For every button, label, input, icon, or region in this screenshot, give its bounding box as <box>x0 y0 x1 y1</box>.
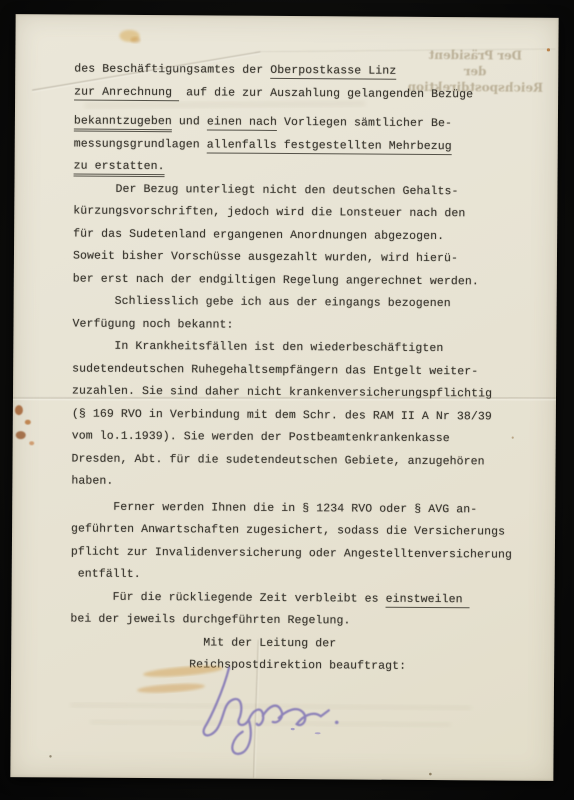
text-line: für das Sudetenland ergangenen Anordnung… <box>73 223 543 249</box>
text-line: messungsgrundlagen allenfalls festgestel… <box>74 133 544 159</box>
text-line: vom lo.1.1939). Sie werden der Postbeamt… <box>72 426 542 452</box>
underlined-text: allenfalls festgestellten Mehrbezug <box>207 138 452 155</box>
ink-speck <box>291 728 321 734</box>
text-segment: Dresden, Abt. für die sudetendeutschen G… <box>72 452 485 468</box>
signature-scrawl <box>203 667 338 754</box>
underlined-text: zur Anrechnung <box>74 85 179 101</box>
photo-background: Der Präsident der Reichspostdirektion de… <box>0 0 574 800</box>
text-line: ber erst nach der endgiltigen Regelung a… <box>73 268 543 294</box>
text-segment: Schliesslich gebe ich aus der eingangs b… <box>73 295 451 311</box>
text-segment: auf die zur Auszahlung gelangenden Bezüg… <box>179 86 473 101</box>
stain-rust <box>15 405 35 445</box>
text-segment: Vorliegen sämtlicher Be- <box>277 116 452 130</box>
stain-yellow <box>119 30 140 43</box>
text-line: Reichspostdirektion beauftragt: <box>70 654 540 680</box>
text-segment: und <box>172 115 207 128</box>
text-segment: sudetendeutschen Ruhegehaltsempfängern d… <box>72 362 478 378</box>
text-segment: In Krankheitsfällen ist den wiederbeschä… <box>72 340 443 356</box>
text-line: bekanntzugeben und einen nach Vorliegen … <box>74 111 544 137</box>
text-segment: Verfügung noch bekannt: <box>72 317 233 331</box>
document-paper: Der Präsident der Reichspostdirektion de… <box>10 14 558 781</box>
text-segment: haben. <box>71 475 113 488</box>
text-line: haben. <box>71 471 541 497</box>
text-line: entfällt. <box>71 564 541 590</box>
text-line: bei der jeweils durchgeführten Regelung. <box>70 609 540 635</box>
text-line: zu erstatten. <box>74 156 544 182</box>
text-segment: messungsgrundlagen <box>74 137 207 151</box>
text-segment: kürzungsvorschriften, jedoch wird die Lo… <box>73 205 465 221</box>
text-segment: Der Bezug unterliegt nicht den deutschen… <box>73 182 458 198</box>
text-line: zur Anrechnung auf die zur Auszahlung ge… <box>74 81 544 107</box>
text-segment: pflicht zur Invalidenversicherung oder A… <box>71 545 512 561</box>
text-line: Der Bezug unterliegt nicht den deutschen… <box>73 178 543 204</box>
text-line: kürzungsvorschriften, jedoch wird die Lo… <box>73 201 543 227</box>
text-line: Mit der Leitung der <box>70 631 540 657</box>
underlined-text: bekanntzugeben <box>74 115 172 133</box>
text-segment: zuzahlen. Sie sind daher nicht krankenve… <box>72 385 492 401</box>
text-line: Ferner werden Ihnen die in § 1234 RVO od… <box>71 496 541 522</box>
text-line: Verfügung noch bekannt: <box>72 313 542 339</box>
text-segment: entfällt. <box>71 568 141 581</box>
text-segment: Für die rückliegende Zeit verbleibt es <box>71 590 386 605</box>
text-segment: für das Sudetenland ergangenen Anordnung… <box>73 227 444 243</box>
text-segment: Ferner werden Ihnen die in § 1234 RVO od… <box>71 500 477 516</box>
text-segment: Soweit bisher Vorschüsse ausgezahlt wurd… <box>73 250 458 266</box>
text-line: zuzahlen. Sie sind daher nicht krankenve… <box>72 381 542 407</box>
underlined-text: einstweilen <box>386 592 470 608</box>
underlined-text: zu erstatten. <box>74 160 165 178</box>
text-segment: vom lo.1.1939). Sie werden der Postbeamt… <box>72 430 450 446</box>
text-line: sudetendeutschen Ruhegehaltsempfängern d… <box>72 358 542 384</box>
text-line: Soweit bisher Vorschüsse ausgezahlt wurd… <box>73 246 543 272</box>
document-body: des Beschäftigungsamtes der Oberpostkass… <box>70 59 544 680</box>
text-segment: Reichspostdirektion beauftragt: <box>70 658 406 673</box>
text-line: des Beschäftigungsamtes der Oberpostkass… <box>74 59 544 85</box>
text-segment: bei der jeweils durchgeführten Regelung. <box>70 613 350 628</box>
text-segment: geführten Anwartschaften zugesichert, so… <box>71 523 505 539</box>
text-segment: Mit der Leitung der <box>70 635 336 650</box>
underlined-text: einen nach <box>207 115 277 130</box>
text-segment: des Beschäftigungsamtes der <box>74 63 270 77</box>
text-line: pflicht zur Invalidenversicherung oder A… <box>71 541 541 567</box>
text-line: Schliesslich gebe ich aus der eingangs b… <box>73 291 543 317</box>
text-segment: ber erst nach der endgiltigen Regelung a… <box>73 272 479 288</box>
text-line: geführten Anwartschaften zugesichert, so… <box>71 519 541 545</box>
text-line: (§ 169 RVO in Verbindung mit dem Schr. d… <box>72 403 542 429</box>
text-line: In Krankheitsfällen ist den wiederbeschä… <box>72 336 542 362</box>
text-line: Für die rückliegende Zeit verbleibt es e… <box>71 586 541 612</box>
ink-speck <box>335 721 339 725</box>
text-segment: (§ 169 RVO in Verbindung mit dem Schr. d… <box>72 407 492 423</box>
text-line: Dresden, Abt. für die sudetendeutschen G… <box>71 448 541 474</box>
underlined-text: Oberpostkasse Linz <box>270 64 396 80</box>
